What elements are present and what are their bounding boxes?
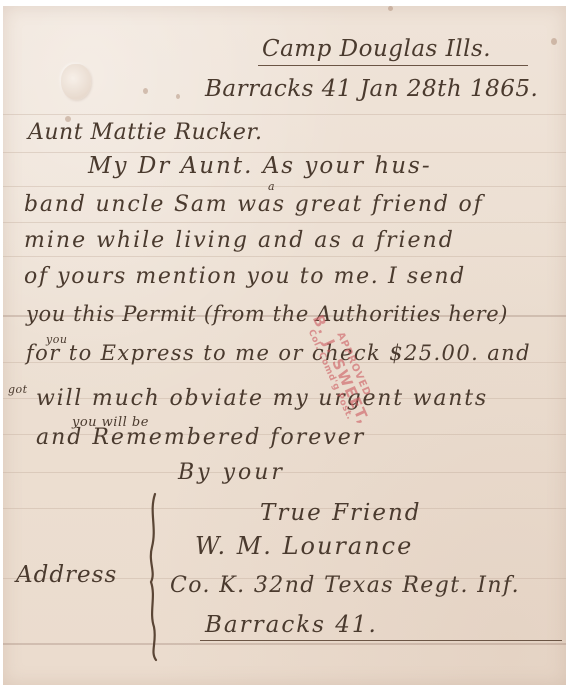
embossed-seal [61, 64, 91, 100]
body-line-2: mine while living and as a friend [24, 228, 455, 253]
heading-date: Barracks 41 Jan 28th 1865. [205, 76, 538, 102]
signature-underline [200, 640, 562, 641]
ruled-line [3, 186, 566, 187]
interlinear-got: got [8, 383, 28, 396]
body-line-5: for to Express to me or check $25.00. an… [26, 341, 531, 365]
closing-true-friend: True Friend [260, 500, 422, 526]
address-brace [147, 492, 159, 662]
ruled-line [3, 256, 566, 257]
body-line-7: and Remembered forever [36, 425, 365, 450]
signature-name: W. M. Lourance [195, 532, 413, 560]
ruled-line [3, 222, 566, 223]
heading-place: Camp Douglas Ills. [262, 36, 491, 62]
body-line-1: band uncle Sam was great friend of [24, 192, 484, 217]
signature-unit: Co. K. 32nd Texas Regt. Inf. [170, 573, 520, 598]
closing-by-your: By your [178, 460, 285, 485]
salutation-greeting: My Dr Aunt. As your hus- [88, 153, 432, 179]
body-line-4: you this Permit (from the Authorities he… [26, 302, 508, 326]
foxing-spot [176, 94, 180, 99]
address-label: Address [16, 562, 117, 588]
ruled-line [3, 114, 566, 115]
foxing-spot [551, 38, 557, 45]
foxing-spot [388, 6, 393, 11]
paper-fold [3, 643, 566, 645]
foxing-spot [143, 88, 148, 94]
heading-underline [258, 65, 528, 66]
salutation-recipient: Aunt Mattie Rucker. [28, 120, 262, 145]
body-line-3: of yours mention you to me. I send [24, 264, 466, 289]
signature-barracks: Barracks 41. [205, 612, 378, 638]
body-line-6: will much obviate my urgent wants [36, 386, 488, 411]
